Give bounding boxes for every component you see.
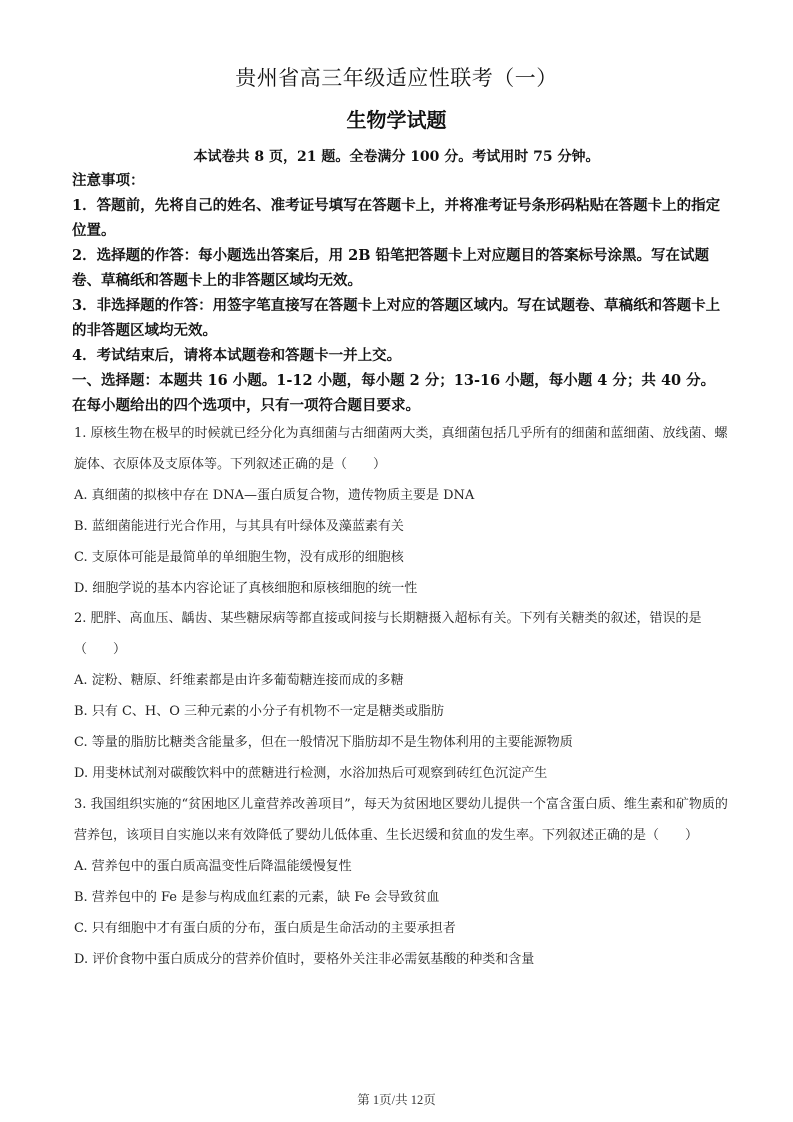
option-b: B. 只有 C、H、O 三种元素的小分子有机物不一定是糖类或脂肪 [74, 696, 730, 727]
question-3: 3. 我国组织实施的“贫困地区儿童营养改善项目”，每天为贫困地区婴幼儿提供一个富… [74, 789, 730, 975]
option-a: A. 营养包中的蛋白质高温变性后降温能缓慢复性 [74, 851, 730, 882]
option-b: B. 营养包中的 Fe 是参与构成血红素的元素，缺 Fe 会导致贫血 [74, 882, 730, 913]
note-item: 4．考试结束后，请将本试题卷和答题卡一并上交。 [72, 343, 732, 368]
question-1: 1. 原核生物在极早的时候就已经分化为真细菌与古细菌两大类，真细菌包括几乎所有的… [74, 418, 730, 604]
section-header: 一、选择题：本题共 16 小题。1-12 小题，每小题 2 分；13-16 小题… [72, 368, 732, 418]
question-2: 2. 肥胖、高血压、龋齿、某些糖尿病等都直接或间接与长期糖摄入超标有关。下列有关… [74, 603, 730, 789]
exam-title: 贵州省高三年级适应性联考（一） [0, 62, 793, 92]
option-c: C. 支原体可能是最简单的单细胞生物，没有成形的细胞核 [74, 542, 730, 573]
option-d: D. 评价食物中蛋白质成分的营养价值时，要格外关注非必需氨基酸的种类和含量 [74, 944, 730, 975]
section-line: 一、选择题：本题共 16 小题。1-12 小题，每小题 2 分；13-16 小题… [72, 368, 732, 393]
option-a: A. 真细菌的拟核中存在 DNA—蛋白质复合物，遗传物质主要是 DNA [74, 480, 730, 511]
exam-meta: 本试卷共 8 页，21 题。全卷满分 100 分。考试用时 75 分钟。 [0, 146, 793, 166]
question-stem: 1. 原核生物在极早的时候就已经分化为真细菌与古细菌两大类，真细菌包括几乎所有的… [74, 418, 730, 480]
note-item: 2．选择题的作答：每小题选出答案后，用 2B 铅笔把答题卡上对应题目的答案标号涂… [72, 243, 732, 293]
note-item: 3．非选择题的作答：用签字笔直接写在答题卡上对应的答题区域内。写在试题卷、草稿纸… [72, 293, 732, 343]
page-indicator: 第 1页/共 12页 [0, 1090, 793, 1108]
option-d: D. 用斐林试剂对碳酸饮料中的蔗糖进行检测，水浴加热后可观察到砖红色沉淀产生 [74, 758, 730, 789]
note-item: 1．答题前，先将自己的姓名、准考证号填写在答题卡上，并将准考证号条形码粘贴在答题… [72, 193, 732, 243]
option-a: A. 淀粉、糖原、纤维素都是由许多葡萄糖连接而成的多糖 [74, 665, 730, 696]
option-c: C. 等量的脂肪比糖类含能量多，但在一般情况下脂肪却不是生物体利用的主要能源物质 [74, 727, 730, 758]
notes-heading: 注意事项： [72, 168, 732, 193]
question-stem: 3. 我国组织实施的“贫困地区儿童营养改善项目”，每天为贫困地区婴幼儿提供一个富… [74, 789, 730, 851]
question-stem: 2. 肥胖、高血压、龋齿、某些糖尿病等都直接或间接与长期糖摄入超标有关。下列有关… [74, 603, 730, 665]
option-c: C. 只有细胞中才有蛋白质的分布，蛋白质是生命活动的主要承担者 [74, 913, 730, 944]
option-b: B. 蓝细菌能进行光合作用，与其具有叶绿体及藻蓝素有关 [74, 511, 730, 542]
exam-subject: 生物学试题 [0, 104, 793, 133]
notes-block: 注意事项： 1．答题前，先将自己的姓名、准考证号填写在答题卡上，并将准考证号条形… [72, 168, 732, 368]
exam-page: 贵州省高三年级适应性联考（一） 生物学试题 本试卷共 8 页，21 题。全卷满分… [0, 0, 793, 1122]
option-d: D. 细胞学说的基本内容论证了真核细胞和原核细胞的统一性 [74, 573, 730, 604]
section-line: 在每小题给出的四个选项中，只有一项符合题目要求。 [72, 393, 732, 418]
